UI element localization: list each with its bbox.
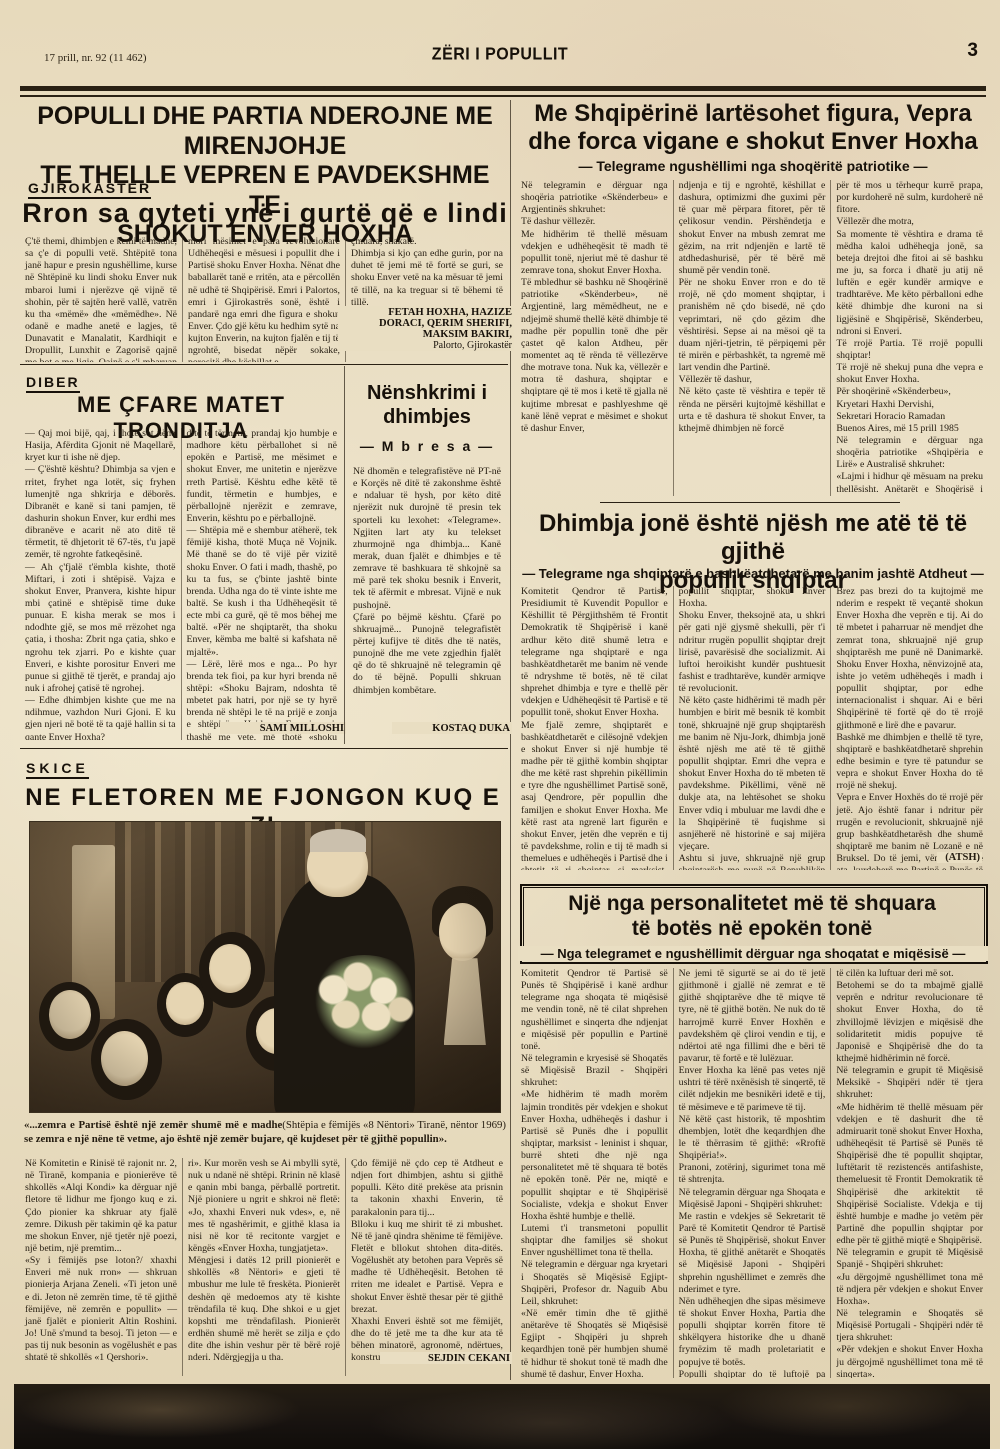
friendship-headline-line2: të botës në epokën tonë [520, 917, 984, 942]
diaspora-body: Komitetit Qendror të Partisë, Presidiumi… [516, 586, 988, 870]
friendship-col1: Komitetit Qendror të Partisë së Punës të… [516, 968, 673, 1378]
patriotic-col3: për të mos u tërhequr kurrë prapa, por k… [830, 180, 988, 496]
friendship-body: Komitetit Qendror të Partisë së Punës të… [516, 968, 988, 1378]
photo-enver-face [307, 834, 368, 898]
mbresa-byline: KOSTAQ DUKA [392, 722, 512, 734]
patriotic-subhead: — Telegrame ngushëllimi nga shoqëritë pa… [518, 158, 988, 174]
patriotic-col1: Në telegramin e dërguar nga shoqëria pat… [516, 180, 673, 496]
lead-headline-line1: POPULLI DHE PARTIA NDEROJNE ME MIRENJOHJ… [22, 102, 508, 161]
header-rule-thin [20, 95, 986, 97]
photo-child [39, 982, 100, 1052]
photo-child [199, 932, 265, 1007]
photo-caption: (Shtëpia e fëmijës «8 Nëntori» Tiranë, n… [24, 1118, 506, 1146]
friendship-headline-line1: Një nga personalitetet më të shquara [520, 892, 984, 917]
newspaper-page: 17 prill, nr. 92 (11 462) ZËRI I POPULLI… [0, 0, 1000, 1449]
bottom-scan-band [14, 1384, 990, 1449]
friendship-subhead: — Nga telegramet e ngushëllimit dërguar … [518, 946, 988, 961]
photo-child-face [256, 1008, 298, 1054]
page-number: 3 [967, 40, 978, 62]
lead-subheadline: Rron sa qyteti ynë i gurtë që e lindi [22, 198, 508, 230]
diber-col2: ditë të tërmetit, prandaj kjo humbje e m… [181, 428, 343, 740]
diaspora-col1: Komitetit Qendror të Partisë, Presidiumi… [516, 586, 673, 870]
masthead-title: ZËRI I POPULLIT [0, 45, 1000, 65]
lead-col1: Ç'të themi, dhimbjen e kemi të madhe, sa… [20, 236, 182, 362]
diber-col1: — Qaj moi bijë, qaj, i thotë sot nëna Ha… [20, 428, 181, 740]
skice-col3: Çdo fëmijë në çdo cep të Atdheut e ndjen… [345, 1158, 508, 1376]
photo-pioneer-scarf [444, 958, 486, 1045]
mbresa-body: Në dhomën e telegrafistëve në PT-në e Ko… [348, 466, 506, 738]
diaspora-headline: Dhimbja jonë është njësh me atë të të gj… [518, 510, 988, 595]
diber-body: — Qaj moi bijë, qaj, i thotë sot nëna Ha… [20, 428, 342, 740]
patriotic-headline-line1: Me Shqipërinë lartësohet figura, Vepra [518, 100, 988, 128]
photo-caption-source: (Shtëpia e fëmijës «8 Nëntori» Tiranë, n… [282, 1118, 506, 1132]
diber-kicker: DIBER [26, 374, 80, 390]
diaspora-col3: Brez pas brezi do ta kujtojmë me nderim … [830, 586, 988, 870]
photo-gate-pillar [72, 845, 114, 1019]
left-mid-rule [20, 748, 508, 749]
skice-body: Në Komitetin e Rinisë të rajonit nr. 2, … [20, 1158, 508, 1376]
lead-col2: mori mësimet e para revolucionare Udhëhe… [182, 236, 345, 362]
patriotic-col2: ndjenja e tij e ngrohtë, këshillat e das… [673, 180, 831, 496]
mbresa-col1: Në dhomën e telegrafistëve në PT-në e Ko… [348, 466, 506, 738]
photo-enver-figure [274, 874, 415, 1112]
photo-child [246, 996, 307, 1071]
diaspora-headline-line1: Dhimbja jonë është njësh me atë të të gj… [518, 510, 988, 567]
photo-child [91, 1019, 162, 1100]
lead-kicker: GJIROKASTER [28, 180, 151, 196]
photo-pioneer-girl-face [439, 903, 486, 961]
lead-byline: FETAH HOXHA, HAZIZE DORACI, QERIM SHERIF… [338, 306, 514, 351]
photo-child-face [49, 990, 91, 1039]
diaspora-col2: popullit shqiptar, shoku Enver Hoxha. Sh… [673, 586, 831, 870]
photo-child [157, 973, 213, 1037]
diaspora-subhead: — Telegrame nga shqiptarë e bashkëatdhet… [518, 566, 988, 581]
patriotic-headline: Me Shqipërinë lartësohet figura, Vepra d… [518, 100, 988, 157]
diber-byline: SAMI MILLOSHI [220, 722, 346, 734]
photo-child-face [209, 944, 251, 993]
friendship-headline: Një nga personalitetet më të shquara të … [520, 892, 984, 942]
skice-byline: SEJDIN CEKANI [380, 1352, 512, 1364]
photo-flower-bouquet [303, 955, 425, 1054]
photo-pioneer-girl-hair [432, 886, 493, 938]
patriotic-body: Në telegramin e dërguar nga shoqëria pat… [516, 180, 988, 496]
header-rule-thick [20, 86, 986, 91]
photo-enver-hair [310, 829, 366, 852]
photo-child-face [166, 982, 204, 1026]
friendship-col2: Ne jemi të sigurtë se ai do të jetë gjit… [673, 968, 831, 1378]
mbresa-headline: Nënshkrimi i dhimbjes [348, 382, 506, 429]
mbresa-left-rule [344, 366, 345, 744]
patriotic-headline-line2: dhe forca vigane e shokut Enver Hoxha [518, 128, 988, 156]
skice-col2: ri». Kur morën vesh se Ai mbylli sytë, n… [182, 1158, 345, 1376]
atsh-signature: (ATSH) [937, 852, 982, 863]
skice-kicker: SKICE [26, 760, 89, 776]
lead-bottom-rule [20, 364, 508, 365]
photo-child-face [101, 1031, 148, 1086]
mbresa-subhead: — M b r e s a — [348, 438, 506, 454]
right-separator-rule [600, 502, 900, 503]
center-column-rule [510, 100, 511, 1380]
skice-col1: Në Komitetin e Rinisë të rajonit nr. 2, … [20, 1158, 182, 1376]
photo-enver-with-pioneers [30, 822, 500, 1112]
friendship-col3: të cilën ka luftuar deri më sot. Betohem… [830, 968, 988, 1378]
photo-fence [115, 822, 374, 982]
